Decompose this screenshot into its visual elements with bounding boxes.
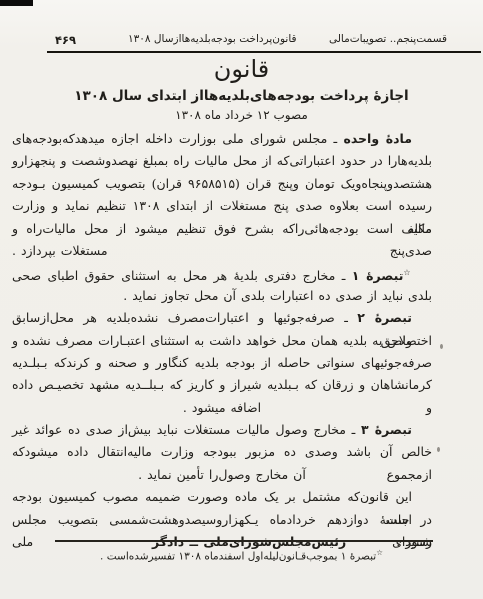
body-line: این قانون‌که مشتمل بر یک ماده وصورت ضمیم…	[12, 486, 432, 508]
body-line: تبصرهٔ ۲ ـ صرفه‌جوئیها و اعتبارات‌مصرف ن…	[12, 307, 432, 329]
scanned-law-page: قسمت‌پنجم.. تصویبات‌مالی قانون‌پرداخت بو…	[0, 0, 483, 599]
body-line: آن مخارج وصول‌را تأمین نماید .	[12, 464, 432, 486]
article-lead: مادهٔ واحده	[343, 131, 412, 146]
law-title: قانون	[0, 55, 483, 83]
ink-speck	[440, 344, 443, 349]
ink-speck	[437, 447, 440, 452]
header-rule	[47, 51, 481, 53]
law-body: مادهٔ واحده ـ مجلس شورای ملی بوزارت داخل…	[12, 128, 432, 553]
body-line: ☆تبصرهٔ ۱ ـ مخارج دفتری بلدیهٔ هر محل به…	[12, 262, 432, 284]
body-line: مستغلات بپردازد .	[12, 240, 432, 262]
header-page-number: ۴۶۹	[55, 33, 76, 47]
body-line: مکلف است بودجه‌هائی‌راکه بشرح فوق تنظیم …	[12, 218, 432, 240]
body-line: رسیده است بعلاوه صدی پنج مستغلات از ابتد…	[12, 195, 432, 217]
body-line: هشتصدوپنجاه‌ویک تومان وپنج قران (۹۶۵۸۵۱۵…	[12, 173, 432, 195]
body-line: مادهٔ واحده ـ مجلس شورای ملی بوزارت داخل…	[12, 128, 432, 150]
header-section-label: قسمت‌پنجم.. تصویبات‌مالی	[329, 33, 447, 45]
body-line: کرمانشاهان و زرقان که بـبلدیه شیراز و کا…	[12, 374, 432, 396]
body-line: تبصرهٔ ۳ ـ مخارج وصول مالیات مستغلات نبا…	[12, 419, 432, 441]
law-subtitle: اجازهٔ پرداخت بودجه‌های‌بلدیه‌هااز ابتدا…	[0, 88, 483, 104]
body-line: اضافه میشود .	[12, 397, 432, 419]
footnote-star-icon: ☆	[376, 548, 383, 557]
footnote-ref-star-icon: ☆	[403, 268, 412, 277]
scan-ink-artifact	[0, 0, 33, 6]
body-line: بلدی نباید از صدی ده اعتبارات بلدی آن مح…	[12, 285, 432, 307]
note2-lead: تبصرهٔ ۲	[357, 310, 412, 325]
note3-lead: تبصرهٔ ۳	[361, 422, 412, 437]
header-document-title: قانون‌پرداخت بودجه‌بلدیه‌هاازسال ۱۳۰۸	[128, 33, 297, 45]
body-line: در جلسهٔ دوازدهم خردادماه یـکهزاروسیصدوه…	[12, 509, 432, 531]
body-line: صرفه‌جوئیهای سنواتی حاصله از بودجه بلدیه…	[12, 352, 432, 374]
body-line: بلدیه‌هارا در حدود اعتباراتی‌که از محل م…	[12, 150, 432, 172]
body-line: اختصاص به بلدیه همان محل خواهد داشت به ا…	[12, 330, 432, 352]
footnote-rule	[55, 540, 433, 542]
law-approval-date: مصوب ۱۲ خرداد ماه ۱۳۰۸	[0, 108, 483, 122]
footnote: ☆تبصرهٔ ۱ بموجب‌قـانون‌لیله‌اول اسفندماه…	[0, 548, 483, 563]
note1-lead: تبصرهٔ ۱	[352, 269, 404, 284]
body-line: خالص آن باشد وصدی ده مزبور ببودجه وزارت …	[12, 441, 432, 463]
